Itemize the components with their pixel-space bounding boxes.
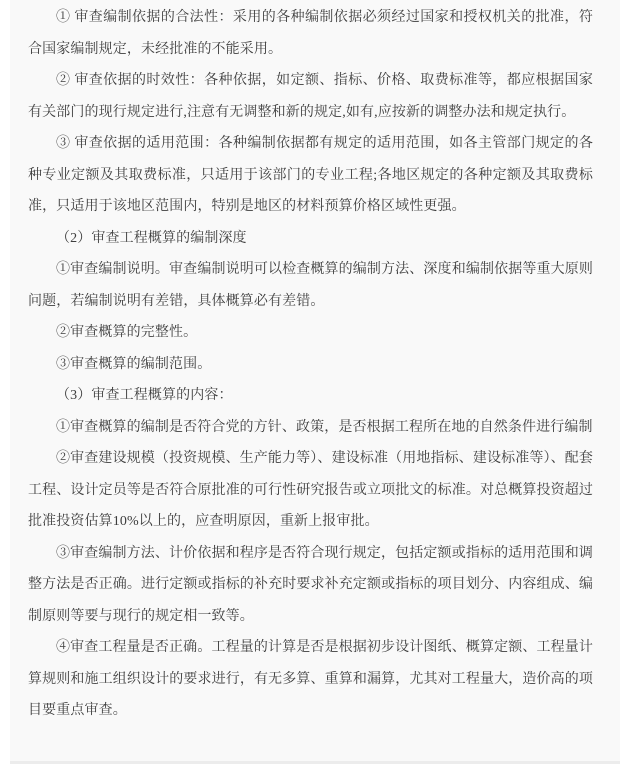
paragraph-item-2-timeliness: ② 审查依据的时效性：各种依据，如定额、指标、价格、取费标准等，都应根据国家有关… [28, 65, 593, 128]
document-content: ① 审查编制依据的合法性：采用的各种编制依据必须经过国家和授权机关的批准，符合国… [10, 0, 620, 727]
paragraph-compilation-scope: ③审查概算的编制范围。 [28, 349, 593, 381]
paragraph-item-3-scope: ③ 审查依据的适用范围：各种编制依据都有规定的适用范围，如各主管部门规定的各种专… [28, 128, 593, 223]
paragraph-method-pricing: ③审查编制方法、计价依据和程序是否符合现行规定，包括定额或指标的适用范围和调整方… [28, 538, 593, 633]
paragraph-policy-compliance: ①审查概算的编制是否符合党的方针、政策，是否根据工程所在地的自然条件进行编制 [28, 412, 593, 444]
paragraph-review-notes: ①审查编制说明。审查编制说明可以检查概算的编制方法、深度和编制依据等重大原则问题… [28, 254, 593, 317]
paragraph-quantity-check: ④审查工程量是否正确。工程量的计算是否是根据初步设计图纸、概算定额、工程量计算规… [28, 632, 593, 727]
paragraph-completeness: ②审查概算的完整性。 [28, 317, 593, 349]
document-page: ① 审查编制依据的合法性：采用的各种编制依据必须经过国家和授权机关的批准，符合国… [10, 0, 620, 764]
paragraph-construction-scale: ②审查建设规模（投资规模、生产能力等）、建设标准（用地指标、建设标准等）、配套工… [28, 443, 593, 538]
heading-section-3: （3）审查工程概算的内容： [28, 380, 593, 412]
paragraph-item-1-legality: ① 审查编制依据的合法性：采用的各种编制依据必须经过国家和授权机关的批准，符合国… [28, 2, 593, 65]
heading-section-2: （2）审查工程概算的编制深度 [28, 223, 593, 255]
